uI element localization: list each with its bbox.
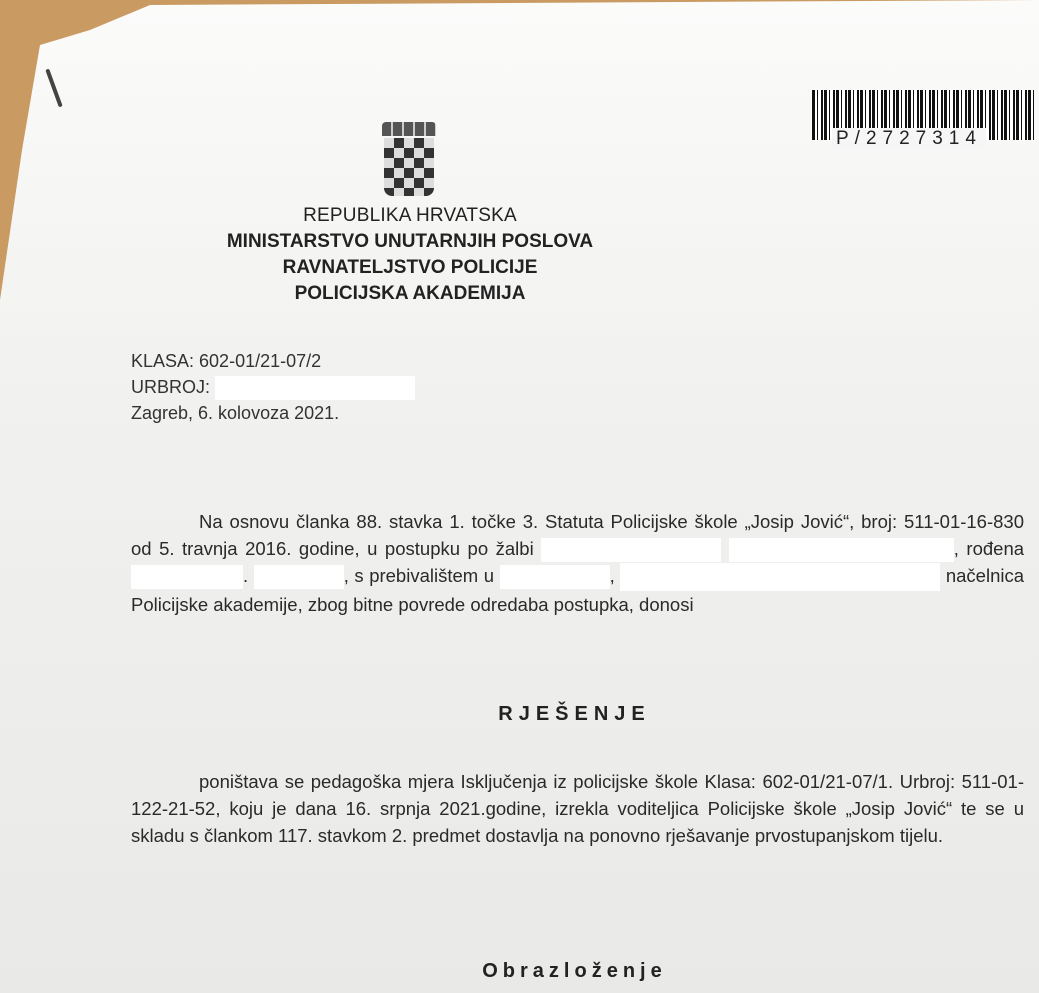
letterhead-country: REPUBLIKA HRVATSKA (150, 205, 670, 227)
decision-paragraph: poništava se pedagoška mjera Isključenja… (131, 768, 1024, 849)
place-date: Zagreb, 6. kolovoza 2021. (131, 400, 415, 426)
decision-text: poništava se pedagoška mjera Isključenja… (131, 771, 1024, 846)
crown-icon (382, 122, 436, 136)
redaction (254, 565, 344, 589)
redaction (131, 565, 243, 589)
redaction (729, 538, 954, 562)
letterhead-academy: POLICIJSKA AKADEMIJA (150, 283, 670, 305)
intro-seg2: , rođena (954, 538, 1024, 559)
redaction (620, 563, 940, 591)
barcode-number: P/2727314 (832, 128, 986, 150)
reasoning-title: Obrazloženje (0, 960, 1039, 983)
decision-title: RJEŠENJE (0, 703, 1039, 726)
intro-paragraph: Na osnovu članka 88. stavka 1. točke 3. … (131, 508, 1024, 618)
coat-of-arms-icon (378, 122, 440, 198)
intro-seg4: , s prebivalištem u (344, 565, 494, 586)
urbroj: URBROJ: (131, 374, 415, 400)
document-page: P/2727314 REPUBLIKA HRVATSKA MINISTARSTV… (0, 0, 1039, 993)
checkered-shield-icon (384, 138, 434, 196)
intro-seg5: , (610, 565, 615, 586)
pen-mark (45, 69, 62, 108)
letterhead: REPUBLIKA HRVATSKA MINISTARSTVO UNUTARNJ… (150, 205, 670, 305)
intro-seg3: . (243, 565, 248, 586)
urbroj-label: URBROJ: (131, 377, 210, 397)
letterhead-directorate: RAVNATELJSTVO POLICIJE (150, 257, 670, 279)
redaction (541, 538, 721, 562)
redaction (215, 376, 415, 400)
klasa: KLASA: 602-01/21-07/2 (131, 348, 415, 374)
barcode: P/2727314 (812, 90, 1034, 150)
document-meta: KLASA: 602-01/21-07/2 URBROJ: Zagreb, 6.… (131, 348, 415, 426)
letterhead-ministry: MINISTARSTVO UNUTARNJIH POSLOVA (150, 231, 670, 253)
redaction (500, 565, 610, 589)
